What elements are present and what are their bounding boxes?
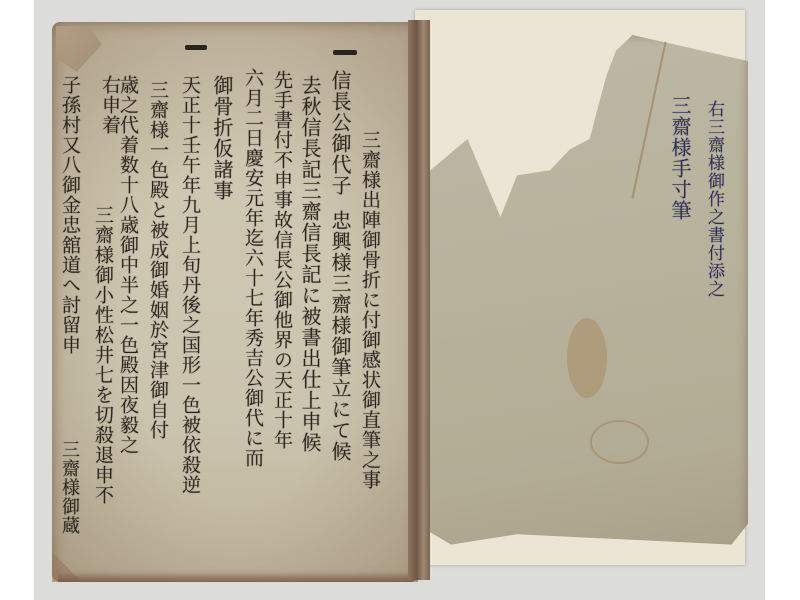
ring-stain (590, 420, 649, 464)
text-column: 六月二日慶安元年迄六十七年秀吉公御代に而 (243, 68, 262, 468)
text-column: 三齋様一色殿と被成御婚姻於宮津御自付 (148, 80, 167, 440)
book-spine (408, 20, 430, 580)
text-column: 信長公御代子 (330, 70, 350, 196)
text-column: 御骨折仮諸事 (212, 75, 232, 201)
text-column: 去秋信長記三齋信長記に被書出仕上申候 (300, 75, 320, 453)
text-column: 右申着 (100, 75, 119, 135)
page-edge (58, 572, 418, 582)
text-column: 先手書付不申事故信長公御他界の天正十年 (272, 70, 291, 450)
text-column: 子孫村又八御金忠舘道へ討留申 (60, 75, 79, 355)
water-stain (567, 318, 607, 398)
text-column-right: 三齋様手寸筆 (670, 95, 690, 221)
photo-margin (765, 0, 800, 600)
text-column: 忠興様三齋様御筆立にて候 (330, 210, 350, 462)
text-column: 三齋様出陣御骨折に付御感状御直筆之事 (360, 130, 379, 490)
text-column: 天正十壬午年九月上旬丹後之国形一色被依殺逆 (180, 75, 199, 495)
text-column: 三齋様御蔵 (60, 440, 78, 535)
section-mark (185, 45, 207, 50)
text-column: 三齋様御小性松井七を切殺退申不 (93, 205, 112, 505)
folded-corner (56, 26, 102, 72)
text-column-right: 右三齋様御作之書付添之 (705, 100, 722, 298)
section-mark (333, 50, 357, 55)
